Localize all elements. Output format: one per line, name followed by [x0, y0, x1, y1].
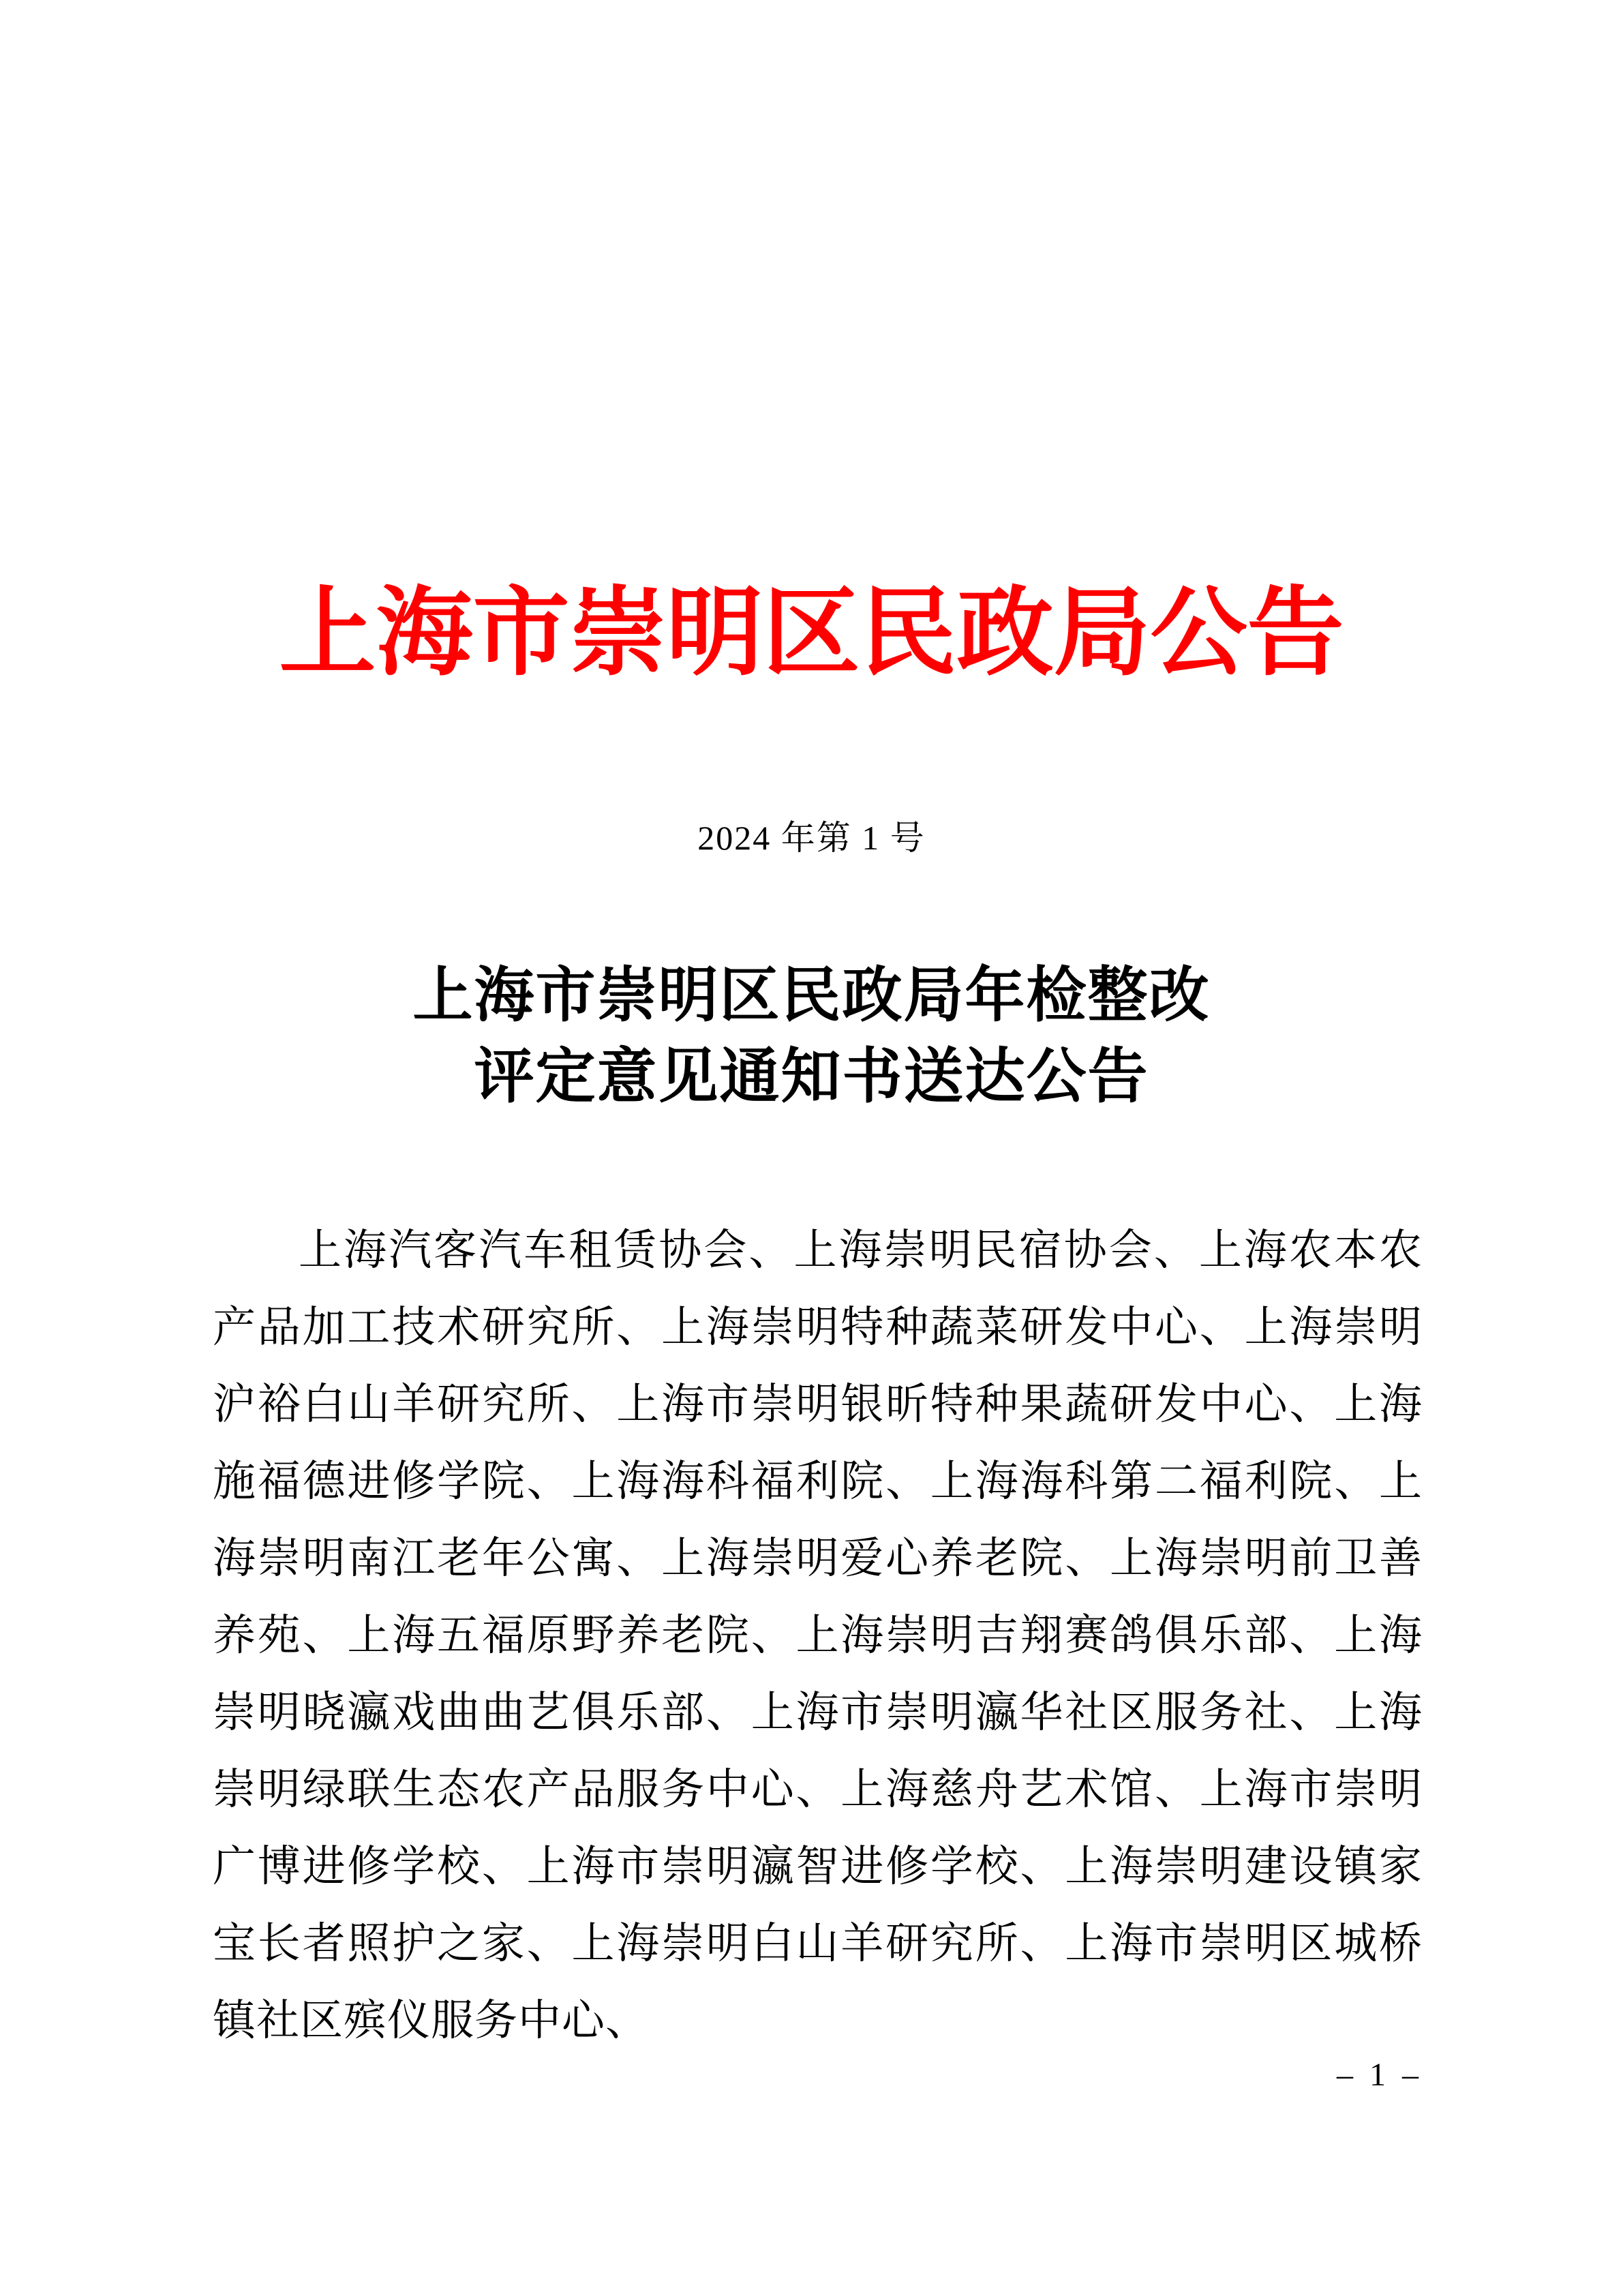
page-number: – 1 –: [1337, 2053, 1423, 2097]
notice-subtitle-line-1: 上海市崇明区民政局年检整改: [0, 956, 1623, 1037]
notice-subtitle: 上海市崇明区民政局年检整改 评定意见通知书送达公告: [0, 956, 1623, 1118]
issue-number: 2024 年第 1 号: [0, 809, 1623, 867]
document-title: 上海市崇明区民政局公告: [0, 560, 1623, 707]
document-page: 上海市崇明区民政局公告 2024 年第 1 号 上海市崇明区民政局年检整改 评定…: [0, 0, 1623, 2296]
notice-subtitle-line-2: 评定意见通知书送达公告: [0, 1037, 1623, 1118]
notice-body-paragraph: 上海汽客汽车租赁协会、上海崇明民宿协会、上海农本农产品加工技术研究所、上海崇明特…: [213, 1212, 1423, 2059]
